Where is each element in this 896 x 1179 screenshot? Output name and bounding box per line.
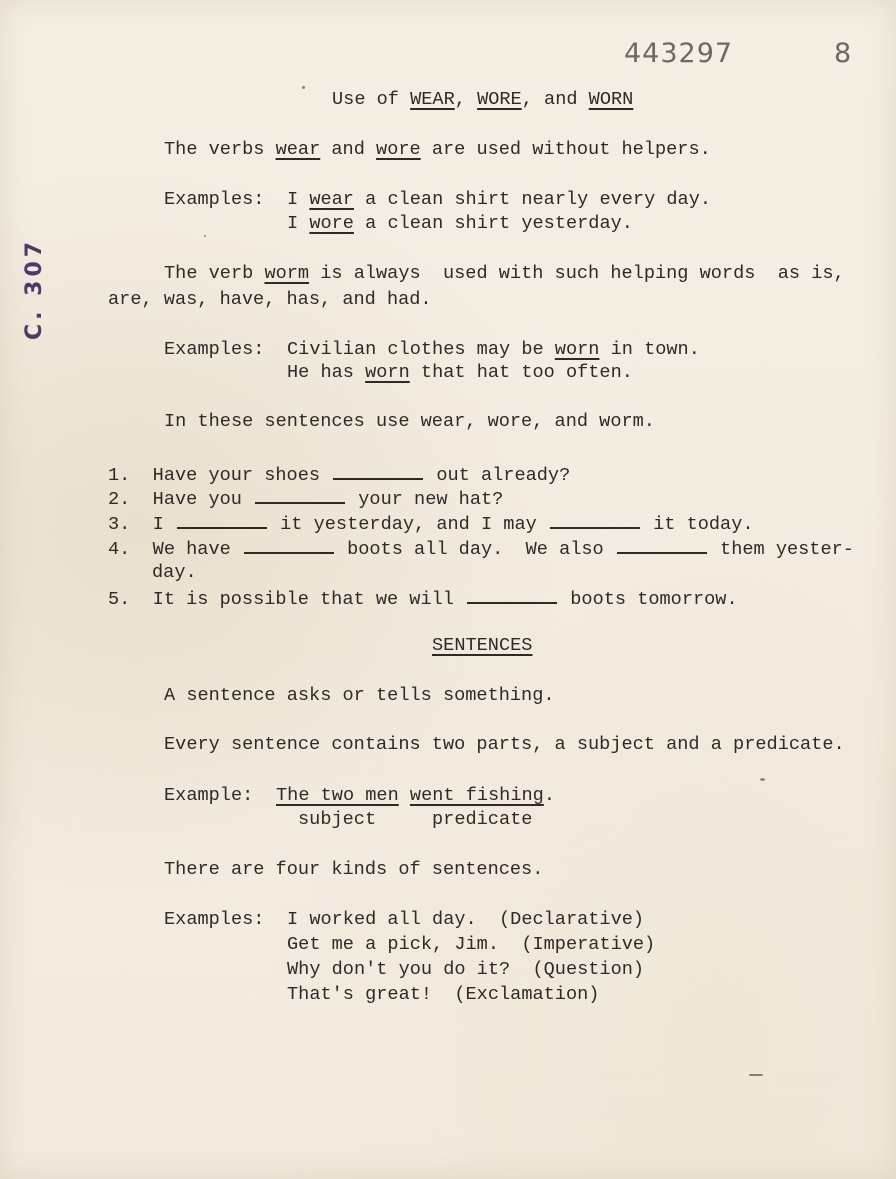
document-page: 443297 8 C. 307 Use of WEAR, WORE, and W… (0, 0, 896, 1179)
example-line: I wear a clean shirt nearly every day. (287, 189, 711, 211)
sentences-title: SENTENCES (432, 635, 532, 657)
example-sentence: The two men went fishing. (276, 785, 555, 807)
paper-speck (749, 1074, 763, 1076)
answer-blank[interactable] (255, 486, 345, 504)
rule-wear-wore: The verbs wear and wore are used without… (164, 139, 711, 161)
exercise-item: 4. We have boots all day. We also them y… (108, 536, 854, 561)
document-number: 443297 (624, 38, 733, 69)
exercise-item: 2. Have you your new hat? (108, 486, 503, 511)
title-word-wore: WORE (477, 89, 522, 110)
exercise-item: 1. Have your shoes out already? (108, 462, 570, 487)
kinds-intro: There are four kinds of sentences. (164, 859, 543, 881)
kind-example: Why don't you do it? (Question) (287, 959, 644, 981)
title-word-wear: WEAR (410, 89, 455, 110)
paper-speck (204, 235, 206, 237)
sentence-definition: A sentence asks or tells something. (164, 685, 555, 707)
example-line: I wore a clean shirt yesterday. (287, 213, 633, 235)
answer-blank[interactable] (467, 586, 557, 604)
rule-worn-continued: are, was, have, has, and had. (108, 289, 432, 311)
answer-blank[interactable] (333, 462, 423, 480)
example-predicate: went fishing (410, 785, 544, 806)
examples-label: Examples: (164, 339, 264, 361)
exercise-item: 5. It is possible that we will boots tom… (108, 586, 738, 611)
label-predicate: predicate (432, 809, 532, 831)
exercise-instruction: In these sentences use wear, wore, and w… (164, 411, 655, 433)
catalog-stamp: C. 307 (22, 238, 47, 340)
sentence-parts: Every sentence contains two parts, a sub… (164, 734, 845, 756)
examples-label: Examples: (164, 189, 264, 211)
paper-speck (302, 86, 305, 89)
paper-speck (760, 778, 765, 781)
example-label: Example: (164, 785, 253, 807)
examples-label: Examples: (164, 909, 264, 931)
exercise-item-continued: day. (152, 562, 197, 584)
example-line: Civilian clothes may be worn in town. (287, 339, 700, 361)
answer-blank[interactable] (177, 511, 267, 529)
title-word-worn: WORN (589, 89, 634, 110)
exercise-item: 3. I it yesterday, and I may it today. (108, 511, 754, 536)
answer-blank[interactable] (617, 536, 707, 554)
answer-blank[interactable] (244, 536, 334, 554)
kind-example: I worked all day. (Declarative) (287, 909, 644, 931)
example-line: He has worn that hat too often. (287, 362, 633, 384)
example-subject: The two men (276, 785, 399, 806)
label-subject: subject (298, 809, 376, 831)
answer-blank[interactable] (550, 511, 640, 529)
page-number: 8 (834, 38, 851, 69)
section-title: Use of WEAR, WORE, and WORN (332, 89, 633, 111)
kind-example: That's great! (Exclamation) (287, 984, 599, 1006)
rule-worn: The verb worm is always used with such h… (164, 263, 845, 285)
kind-example: Get me a pick, Jim. (Imperative) (287, 934, 655, 956)
